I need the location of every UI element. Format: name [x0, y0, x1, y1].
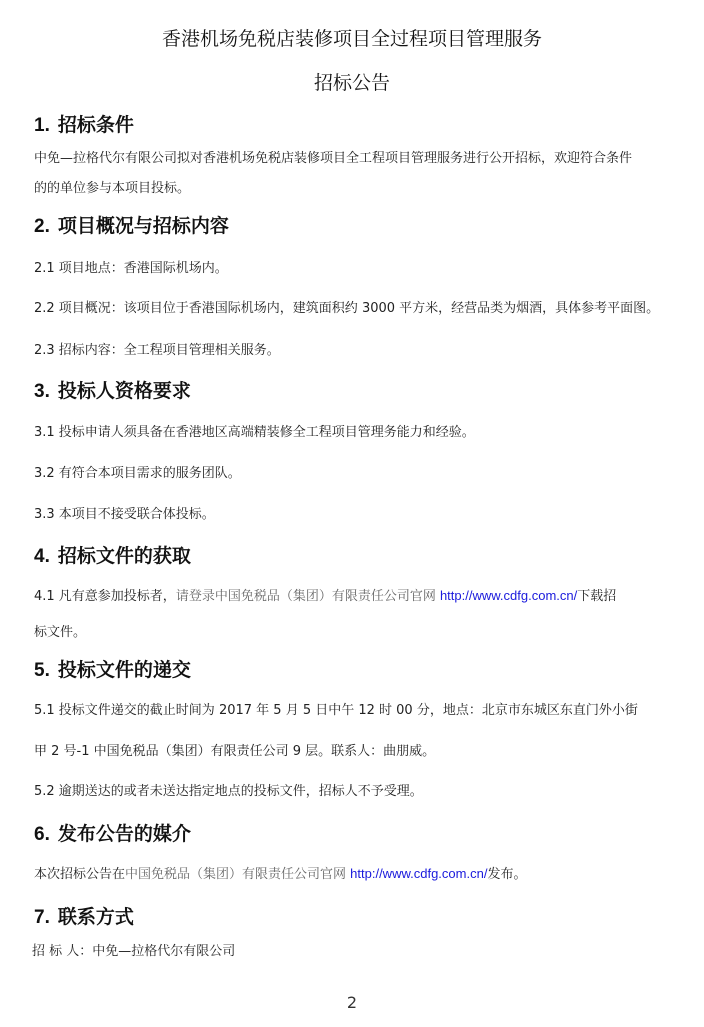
- section-number: 6.: [34, 824, 50, 845]
- item-2-3: 2.3 招标内容：全工程项目管理相关服务。: [34, 339, 280, 358]
- section-6-suffix: 发布。: [487, 867, 526, 882]
- item-4-1-line2: 标文件。: [34, 621, 86, 640]
- item-4-1-line1: 4.1 凡有意参加投标者，请登录中国免税品（集团）有限责任公司官网 http:/…: [34, 585, 616, 604]
- section-3-heading: 3.投标人资格要求: [34, 376, 191, 403]
- section-number: 5.: [34, 660, 50, 681]
- section-title: 招标文件的获取: [58, 545, 191, 567]
- section-6-heading: 6.发布公告的媒介: [34, 819, 191, 846]
- item-5-1-line2: 甲 2 号-1 中国免税品（集团）有限责任公司 9 层。联系人：曲朋威。: [34, 740, 435, 759]
- item-4-1-gray-text: 请登录中国免税品（集团）有限责任公司官网: [176, 589, 440, 604]
- item-2-1: 2.1 项目地点：香港国际机场内。: [34, 257, 228, 276]
- section-2-heading: 2.项目概况与招标内容: [34, 211, 229, 238]
- cdfg-website-link[interactable]: http://www.cdfg.com.cn/: [350, 866, 487, 881]
- item-2-2: 2.2 项目概况：该项目位于香港国际机场内，建筑面积约 3000 平方米，经营品…: [34, 297, 659, 316]
- section-title: 联系方式: [58, 906, 134, 928]
- document-subtitle: 招标公告: [0, 68, 704, 95]
- section-6-paragraph: 本次招标公告在中国免税品（集团）有限责任公司官网 http://www.cdfg…: [34, 863, 526, 882]
- section-number: 7.: [34, 907, 50, 928]
- section-1-heading: 1.招标条件: [34, 110, 134, 137]
- item-3-2: 3.2 有符合本项目需求的服务团队。: [34, 462, 241, 481]
- section-title: 招标条件: [58, 114, 134, 136]
- section-1-paragraph-line2: 的的单位参与本项目投标。: [34, 177, 190, 196]
- section-5-heading: 5.投标文件的递交: [34, 655, 191, 682]
- section-6-gray-text: 中国免税品（集团）有限责任公司官网: [125, 867, 350, 882]
- page-number: 2: [0, 993, 704, 1012]
- item-5-1-line1: 5.1 投标文件递交的截止时间为 2017 年 5 月 5 日中午 12 时 0…: [34, 699, 638, 718]
- item-5-2: 5.2 逾期送达的或者未送达指定地点的投标文件，招标人不予受理。: [34, 780, 423, 799]
- item-4-1-prefix: 4.1 凡有意参加投标者，: [34, 589, 176, 604]
- item-3-3: 3.3 本项目不接受联合体投标。: [34, 503, 215, 522]
- section-title: 投标人资格要求: [58, 380, 191, 402]
- section-number: 2.: [34, 216, 50, 237]
- section-4-heading: 4.招标文件的获取: [34, 541, 191, 568]
- item-4-1-suffix: 下载招: [577, 589, 616, 604]
- section-title: 发布公告的媒介: [58, 823, 191, 845]
- section-1-paragraph-line1: 中免—拉格代尔有限公司拟对香港机场免税店装修项目全工程项目管理服务进行公开招标，…: [34, 147, 632, 166]
- cdfg-website-link[interactable]: http://www.cdfg.com.cn/: [440, 588, 577, 603]
- section-number: 1.: [34, 115, 50, 136]
- section-6-prefix: 本次招标公告在: [34, 867, 125, 882]
- section-title: 项目概况与招标内容: [58, 215, 229, 237]
- contact-tenderer: 招 标 人：中免—拉格代尔有限公司: [32, 940, 235, 959]
- section-title: 投标文件的递交: [58, 659, 191, 681]
- item-3-1: 3.1 投标申请人须具备在香港地区高端精装修全工程项目管理务能力和经验。: [34, 421, 475, 440]
- section-number: 3.: [34, 381, 50, 402]
- document-title: 香港机场免税店装修项目全过程项目管理服务: [0, 24, 704, 51]
- section-number: 4.: [34, 546, 50, 567]
- section-7-heading: 7.联系方式: [34, 902, 134, 929]
